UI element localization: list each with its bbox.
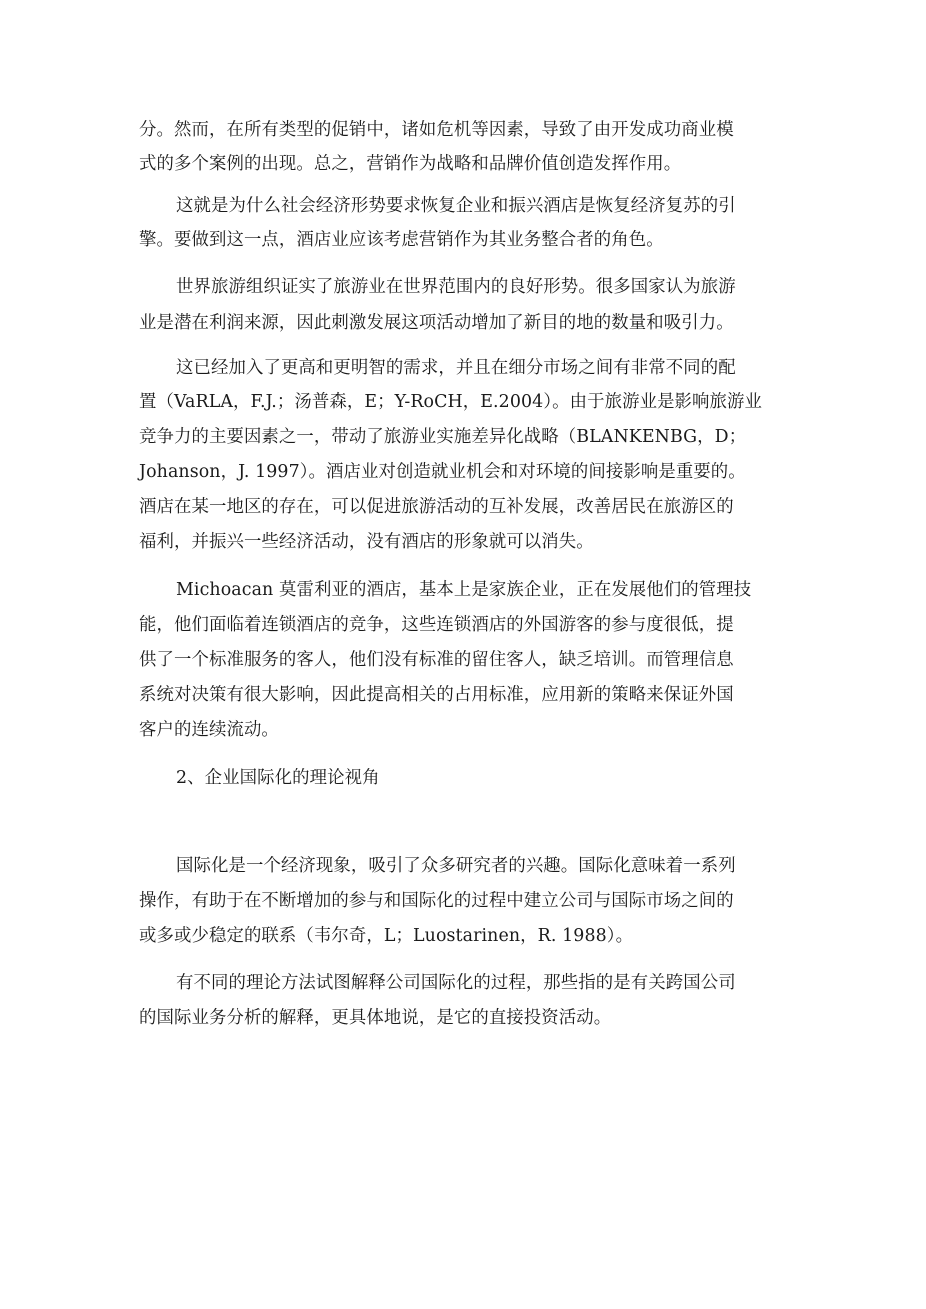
text-line: 系统对决策有很大影响，因此提高相关的占用标准，应用新的策略来保证外国 <box>139 683 734 707</box>
paragraph-start: Michoacan 莫雷利亚的酒店，基本上是家族企业，正在发展他们的管理技 <box>176 578 751 602</box>
text-line: 酒店在某一地区的存在，可以促进旅游活动的互补发展，改善居民在旅游区的 <box>139 495 734 519</box>
text-line: 或多或少稳定的联系（韦尔奇，L；Luostarinen，R. 1988）。 <box>139 924 633 948</box>
section-heading: 2、企业国际化的理论视角 <box>176 766 380 790</box>
text-line: 分。然而，在所有类型的促销中，诸如危机等因素，导致了由开发成功商业模 <box>139 118 734 142</box>
text-line: 擎。要做到这一点，酒店业应该考虑营销作为其业务整合者的角色。 <box>139 228 664 252</box>
text-line: 客户的连续流动。 <box>139 718 279 742</box>
text-line: 福利，并振兴一些经济活动，没有酒店的形象就可以消失。 <box>139 530 594 554</box>
paragraph-start: 这就是为什么社会经济形势要求恢复企业和振兴酒店是恢复经济复苏的引 <box>176 194 736 218</box>
text-line: 的国际业务分析的解释，更具体地说，是它的直接投资活动。 <box>139 1006 611 1030</box>
text-line: Johanson，J. 1997）。酒店业对创造就业机会和对环境的间接影响是重要… <box>139 460 746 484</box>
paragraph-start: 国际化是一个经济现象，吸引了众多研究者的兴趣。国际化意味着一系列 <box>176 854 736 878</box>
text-line: 供了一个标准服务的客人，他们没有标准的留住客人，缺乏培训。而管理信息 <box>139 648 734 672</box>
text-line: 竞争力的主要因素之一，带动了旅游业实施差异化战略（BLANKENBG，D； <box>139 425 746 449</box>
text-line: 操作，有助于在不断增加的参与和国际化的过程中建立公司与国际市场之间的 <box>139 889 734 913</box>
text-line: 业是潜在利润来源，因此刺激发展这项活动增加了新目的地的数量和吸引力。 <box>139 311 734 335</box>
paragraph-start: 有不同的理论方法试图解释公司国际化的过程，那些指的是有关跨国公司 <box>176 971 736 995</box>
paragraph-start: 这已经加入了更高和更明智的需求，并且在细分市场之间有非常不同的配 <box>176 356 736 380</box>
paragraph-start: 世界旅游组织证实了旅游业在世界范围内的良好形势。很多国家认为旅游 <box>176 275 736 299</box>
text-line: 式的多个案例的出现。总之，营销作为战略和品牌价值创造发挥作用。 <box>139 152 681 176</box>
text-line: 能，他们面临着连锁酒店的竞争，这些连锁酒店的外国游客的参与度很低，提 <box>139 613 734 637</box>
text-line: 置（VaRLA，F.J.；汤普森，E；Y-RoCH，E.2004）。由于旅游业是… <box>139 390 762 414</box>
